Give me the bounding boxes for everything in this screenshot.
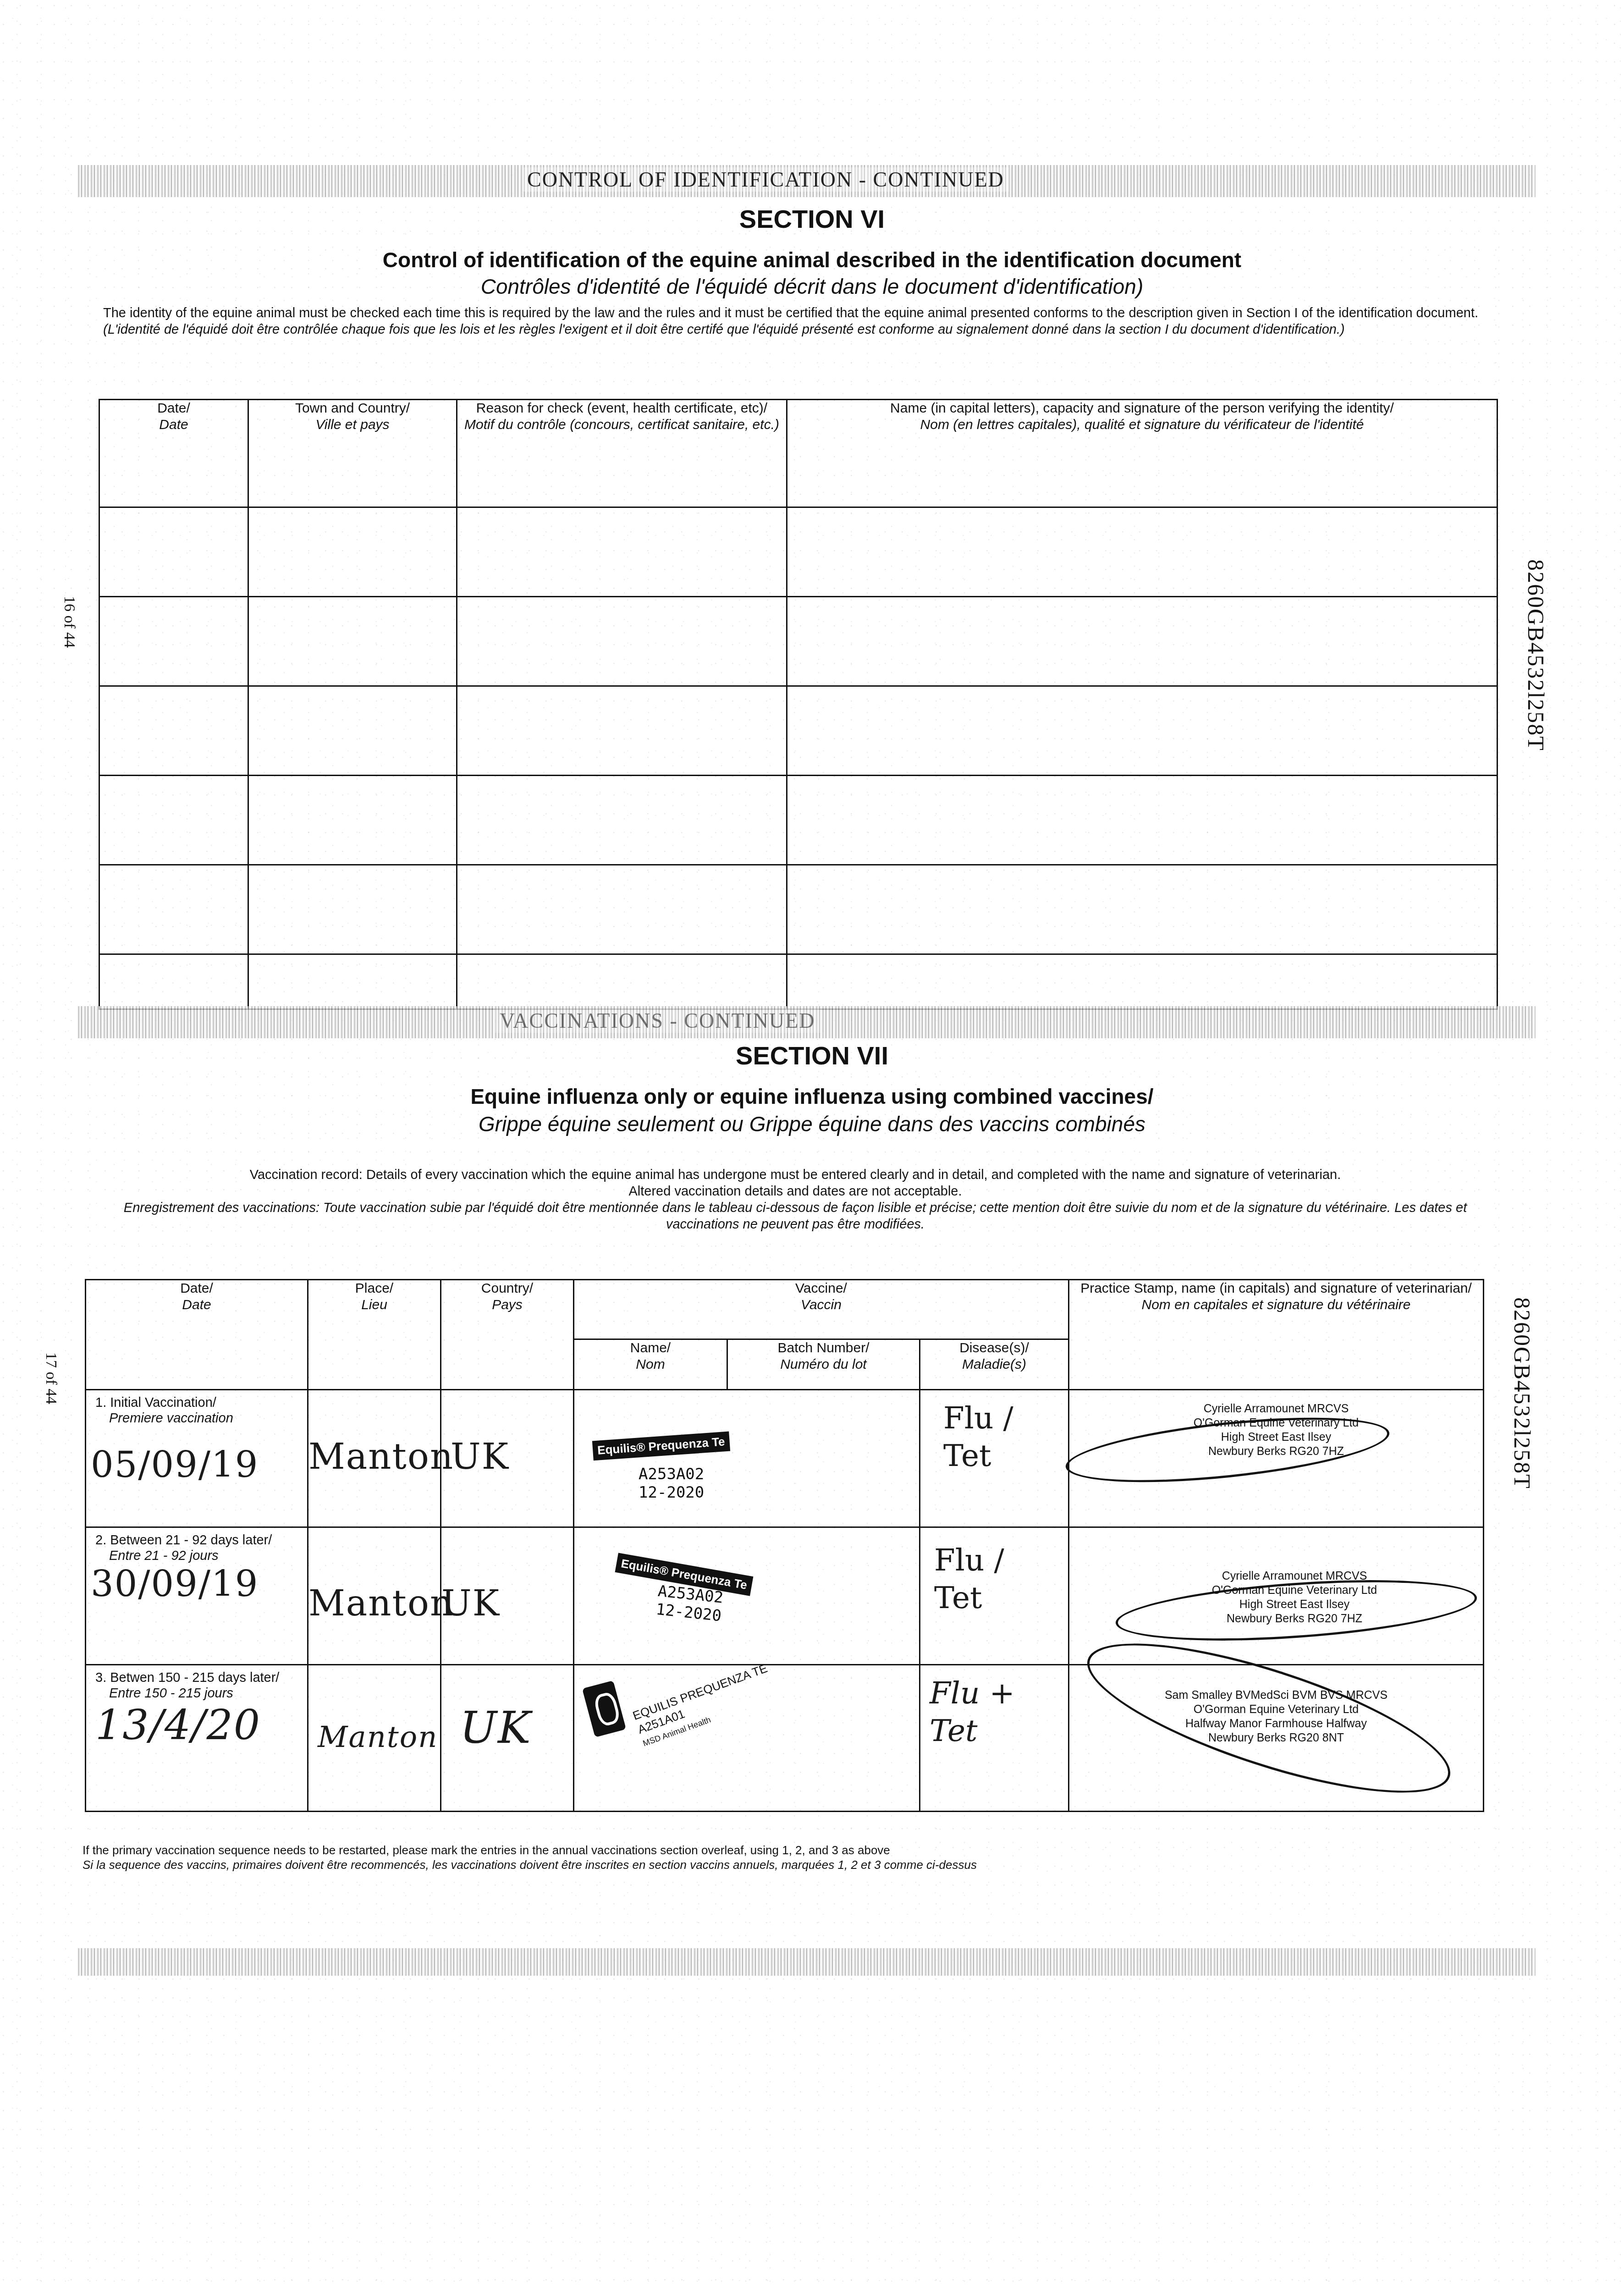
- section-vi-heading: SECTION VI: [0, 204, 1624, 234]
- cell-date[interactable]: [99, 507, 248, 597]
- cell-reason[interactable]: [457, 686, 787, 776]
- vaccination-instructions-fr: Enregistrement des vaccinations: Toute v…: [103, 1200, 1487, 1233]
- vaccination-row: 2. Between 21 - 92 days later/Entre 21 -…: [86, 1527, 1484, 1665]
- cell-town[interactable]: [248, 686, 457, 776]
- section-vi-title-fr: Contrôles d'identité de l'équidé décrit …: [0, 274, 1624, 299]
- handwritten-date: 05/09/19: [86, 1426, 307, 1486]
- handwritten-country: UK: [441, 1528, 573, 1624]
- vaccination-row: 1. Initial Vaccination/Premiere vaccinat…: [86, 1390, 1484, 1527]
- handwritten-disease: Flu / Tet: [920, 1528, 1026, 1617]
- cell-reason[interactable]: [457, 865, 787, 954]
- cell-country[interactable]: UK: [441, 1665, 574, 1812]
- identity-check-table: Date/Date Town and Country/Ville et pays…: [99, 399, 1498, 1010]
- cell-date[interactable]: [99, 954, 248, 1009]
- col-date: Date/Date: [86, 1280, 308, 1390]
- cell-date[interactable]: [99, 686, 248, 776]
- handwritten-place: Manton: [308, 1665, 440, 1754]
- cell-verifier[interactable]: [787, 776, 1497, 865]
- cell-reason[interactable]: [457, 597, 787, 686]
- expiry-date: 12-2020: [639, 1483, 919, 1502]
- instructions-fr: (L'identité de l'équidé doit être contrô…: [103, 321, 1487, 338]
- section-vi-title-en: Control of identification of the equine …: [0, 248, 1624, 272]
- cell-date[interactable]: [99, 597, 248, 686]
- cell-town[interactable]: [248, 507, 457, 597]
- row-label: 1. Initial Vaccination/Premiere vaccinat…: [86, 1390, 307, 1426]
- vaccination-row: 3. Betwen 150 - 215 days later/Entre 150…: [86, 1665, 1484, 1812]
- cell-date[interactable]: [99, 776, 248, 865]
- cell-town[interactable]: [248, 597, 457, 686]
- col-practice-stamp: Practice Stamp, name (in capitals) and s…: [1069, 1280, 1484, 1390]
- cell-practice-stamp[interactable]: Sam Smalley BVMedSci BVM BVS MRCVSO'Gorm…: [1069, 1665, 1484, 1812]
- footnote-fr: Si la sequence des vaccins, primaires do…: [83, 1857, 977, 1872]
- handwritten-country: UK: [441, 1665, 573, 1753]
- handwritten-date: 30/09/19: [86, 1564, 307, 1605]
- cell-place[interactable]: Manton: [308, 1390, 441, 1527]
- cell-vaccine-sticker[interactable]: Equilis® Prequenza Te A253A0212-2020: [574, 1390, 920, 1527]
- cell-vaccine-sticker[interactable]: Equilis® Prequenza Te A253A0212-2020: [574, 1527, 920, 1665]
- col-vaccine-name: Name/Nom: [574, 1339, 727, 1390]
- cell-reason[interactable]: [457, 507, 787, 597]
- cell-verifier[interactable]: [787, 597, 1497, 686]
- cell-reason[interactable]: [457, 776, 787, 865]
- table-row: [99, 865, 1497, 954]
- cell-date[interactable]: 3. Betwen 150 - 215 days later/Entre 150…: [86, 1665, 308, 1812]
- page-number-16: 16 of 44: [61, 596, 78, 648]
- col-town-country: Town and Country/Ville et pays: [248, 400, 457, 507]
- vaccination-instructions-en2: Altered vaccination details and dates ar…: [103, 1183, 1487, 1200]
- cell-verifier[interactable]: [787, 954, 1497, 1009]
- col-place: Place/Lieu: [308, 1280, 441, 1390]
- col-batch-number: Batch Number/Numéro du lot: [727, 1339, 920, 1390]
- cell-disease[interactable]: Flu / Tet: [920, 1527, 1069, 1665]
- page-number-17: 17 of 44: [42, 1352, 60, 1404]
- cell-town[interactable]: [248, 865, 457, 954]
- batch-number: A253A02: [639, 1465, 919, 1483]
- row-label: 2. Between 21 - 92 days later/Entre 21 -…: [86, 1528, 307, 1564]
- header-band-title: CONTROL OF IDENTIFICATION - CONTINUED: [523, 167, 1009, 192]
- passport-code-top: 8260GB4532l258T: [1523, 559, 1549, 751]
- cell-place[interactable]: Manton: [308, 1665, 441, 1812]
- section-vii-title-fr: Grippe équine seulement ou Grippe équine…: [0, 1112, 1624, 1136]
- col-date: Date/Date: [99, 400, 248, 507]
- identity-check-header: Date/Date Town and Country/Ville et pays…: [99, 400, 1497, 507]
- cell-disease[interactable]: Flu / Tet: [920, 1390, 1069, 1527]
- table-row: [99, 597, 1497, 686]
- handwritten-place: Manton: [308, 1528, 440, 1624]
- cell-vaccine-sticker[interactable]: EQUILIS PREQUENZA TE A251A01 MSD Animal …: [574, 1665, 920, 1812]
- section-vii-title-en: Equine influenza only or equine influenz…: [0, 1084, 1624, 1109]
- cell-verifier[interactable]: [787, 507, 1497, 597]
- cell-verifier[interactable]: [787, 865, 1497, 954]
- vaccination-instructions-en: Vaccination record: Details of every vac…: [103, 1167, 1487, 1183]
- vaccinations-band-title: VACCINATIONS - CONTINUED: [495, 1008, 820, 1033]
- footnote-en: If the primary vaccination sequence need…: [83, 1843, 977, 1857]
- col-disease: Disease(s)/Maladie(s): [920, 1339, 1069, 1390]
- handwritten-country: UK: [441, 1390, 573, 1477]
- cell-verifier[interactable]: [787, 686, 1497, 776]
- handwritten-disease: Flu / Tet: [920, 1390, 1035, 1475]
- table-row: [99, 954, 1497, 1009]
- handwritten-place: Manton: [308, 1390, 440, 1477]
- cell-town[interactable]: [248, 954, 457, 1009]
- instructions-en: The identity of the equine animal must b…: [103, 305, 1487, 321]
- vaccine-brand-logo-icon: [582, 1680, 626, 1737]
- handwritten-date: 13/4/20: [86, 1701, 307, 1749]
- cell-disease[interactable]: Flu + Tet: [920, 1665, 1069, 1812]
- bottom-band: [78, 1948, 1536, 1976]
- cell-reason[interactable]: [457, 954, 787, 1009]
- vaccination-table: Date/Date Place/Lieu Country/Pays Vaccin…: [85, 1279, 1484, 1812]
- cell-date[interactable]: 2. Between 21 - 92 days later/Entre 21 -…: [86, 1527, 308, 1665]
- cell-date[interactable]: [99, 865, 248, 954]
- row-label: 3. Betwen 150 - 215 days later/Entre 150…: [86, 1665, 307, 1701]
- cell-practice-stamp[interactable]: Cyrielle Arramounet MRCVSO'Gorman Equine…: [1069, 1390, 1484, 1527]
- vaccination-footnote: If the primary vaccination sequence need…: [83, 1843, 977, 1872]
- cell-town[interactable]: [248, 776, 457, 865]
- col-country: Country/Pays: [441, 1280, 574, 1390]
- table-row: [99, 507, 1497, 597]
- passport-code-bottom: 8260GB4532l258T: [1509, 1297, 1536, 1489]
- cell-country[interactable]: UK: [441, 1527, 574, 1665]
- section-vii-heading: SECTION VII: [0, 1041, 1624, 1070]
- cell-date[interactable]: 1. Initial Vaccination/Premiere vaccinat…: [86, 1390, 308, 1527]
- table-row: [99, 686, 1497, 776]
- cell-country[interactable]: UK: [441, 1390, 574, 1527]
- vaccination-header-top: Date/Date Place/Lieu Country/Pays Vaccin…: [86, 1280, 1484, 1339]
- col-vaccine: Vaccine/Vaccin: [574, 1280, 1069, 1339]
- col-verifier: Name (in capital letters), capacity and …: [787, 400, 1497, 507]
- section-vi-instructions: The identity of the equine animal must b…: [103, 305, 1487, 338]
- handwritten-disease: Flu + Tet: [920, 1665, 1040, 1750]
- col-reason: Reason for check (event, health certific…: [457, 400, 787, 507]
- table-row: [99, 776, 1497, 865]
- cell-place[interactable]: Manton: [308, 1527, 441, 1665]
- section-vii-instructions: Vaccination record: Details of every vac…: [103, 1167, 1487, 1233]
